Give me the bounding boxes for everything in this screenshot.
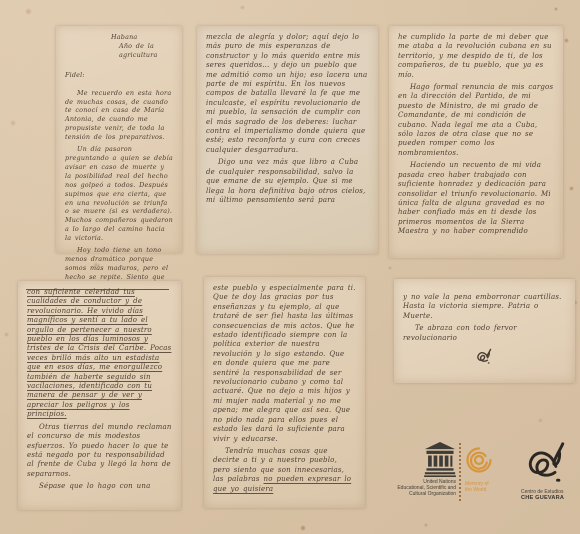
stain-spot <box>564 38 569 43</box>
letter-paragraph: Tendría muchas cosas que decirte a ti y … <box>213 447 356 494</box>
letter-place-line: Habana <box>111 33 173 42</box>
letter-paragraph: Me recuerdo en esta hora de muchas cosas… <box>65 89 173 142</box>
che-center-wordmark: Centro de Estudios CHE GUEVARA <box>521 489 580 501</box>
stain-spot <box>569 186 574 191</box>
letter-paragraph: Hago formal renuncia de mis cargos en la… <box>398 83 554 158</box>
letter-signature <box>403 348 566 367</box>
letter-paragraph: Haciendo un recuento de mi vida pasada c… <box>398 161 554 236</box>
letter-paragraph: Digo una vez más que libro a Cuba de cua… <box>206 158 369 205</box>
memory-of-the-world-spiral-icon <box>464 446 494 480</box>
unesco-line: Cultural Organization <box>392 491 456 497</box>
letter-salutation: Fidel: <box>65 71 173 80</box>
letter-paragraph: y no vale la pena emborronar cuartillas.… <box>403 293 566 321</box>
letter-page-5: este pueblo y especialmente para ti. Que… <box>204 277 365 508</box>
page-top-rule <box>26 289 169 290</box>
letter-page-4: mezcla de alegría y dolor; aquí dejo lo … <box>197 26 378 254</box>
letter-paragraph-underlined: con suficiente celeridad tus cualidades … <box>27 288 172 420</box>
memory-of-the-world-wordmark: Memory of the World <box>465 481 505 493</box>
letter-paragraph: Hoy todo tiene un tono menos dramático p… <box>65 246 173 282</box>
unesco-wordmark: United Nations Educational, Scientific a… <box>392 479 456 497</box>
che-center-name: CHE GUEVARA <box>521 495 580 501</box>
che-signature-icon <box>474 348 496 364</box>
stain-spot <box>388 266 392 270</box>
letter-page-1: Habana Año de la agricultura Fidel: Me r… <box>56 26 182 253</box>
letter-paragraph: he cumplido la parte de mi deber que me … <box>398 33 554 80</box>
letter-page-6: y no vale la pena emborronar cuartillas.… <box>394 279 575 383</box>
letter-paragraph: este pueblo y especialmente para ti. Que… <box>213 284 356 444</box>
letter-paragraph: Sépase que lo hago con una <box>27 482 172 491</box>
stain-spot <box>25 8 32 15</box>
letter-closing: Te abraza con todo fervor revolucionario <box>403 324 566 343</box>
che-signature-logo-icon <box>522 438 574 490</box>
dotted-separator <box>459 443 461 501</box>
stain-spot <box>424 523 428 527</box>
letter-scan-canvas: Habana Año de la agricultura Fidel: Me r… <box>0 0 580 534</box>
stain-spot <box>538 418 543 423</box>
letter-paragraph: mezcla de alegría y dolor; aquí dejo lo … <box>206 33 369 155</box>
letter-paragraph: Un día pasaron preguntando a quien se de… <box>65 145 173 243</box>
letter-page-3: con suficiente celeridad tus cualidades … <box>18 281 181 510</box>
stain-spot <box>240 5 245 10</box>
letter-page-2: he cumplido la parte de mi deber que me … <box>389 26 563 258</box>
stain-spot <box>554 7 558 11</box>
motw-line: the World <box>465 487 505 493</box>
stain-spot <box>4 332 9 337</box>
letter-year-line: Año de la agricultura <box>119 42 173 60</box>
letter-paragraph: Otras tierras del mundo reclaman el conc… <box>27 423 172 479</box>
stain-spot <box>10 120 16 126</box>
stain-spot <box>300 525 306 531</box>
unesco-temple-icon <box>424 442 456 481</box>
